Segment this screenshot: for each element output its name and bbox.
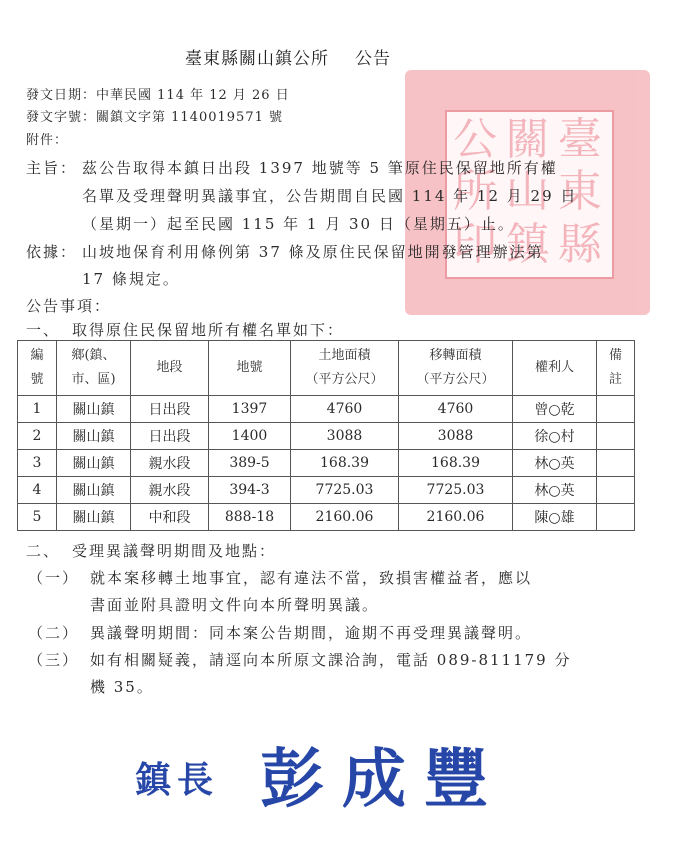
cell-transfer-area: 168.39 (399, 450, 513, 477)
cell-lot: 394-3 (209, 477, 291, 504)
cell-township: 關山鎮 (57, 450, 131, 477)
cell-lot: 389-5 (209, 450, 291, 477)
cell-remarks (597, 450, 635, 477)
issue-number-value: 關鎮文字第 1140019571 號 (96, 110, 283, 125)
subject-line-2: 名單及受理聲明異議事宜，公告期間自民國 114 年 12 月 29 日 (82, 185, 577, 206)
cell-land-area: 168.39 (291, 450, 399, 477)
cell-lot: 1397 (209, 396, 291, 423)
cell-township: 關山鎮 (57, 477, 131, 504)
col-header-section: 地段 (131, 341, 209, 396)
col-header-lot: 地號 (209, 341, 291, 396)
section-1-number: 一、 (26, 319, 60, 340)
cell-number: 3 (18, 450, 57, 477)
basis-line-1: 山坡地保育利用條例第 37 條及原住民保留地開發管理辦法第 (82, 241, 544, 262)
table-row: 2 關山鎮 日出段 1400 3088 3088 徐○村 (18, 423, 635, 450)
cell-section: 日出段 (131, 423, 209, 450)
org-name: 臺東縣關山鎮公所 (185, 49, 329, 69)
cell-remarks (597, 423, 635, 450)
issue-number-label: 發文字號： (26, 110, 96, 125)
signature-title: 鎮長 (135, 752, 219, 803)
page-title: 臺東縣關山鎮公所公告 (185, 44, 391, 69)
cell-remarks (597, 396, 635, 423)
cell-owner: 林○英 (513, 477, 597, 504)
cell-transfer-area: 7725.03 (399, 477, 513, 504)
cell-number: 2 (18, 423, 57, 450)
table-row: 3 關山鎮 親水段 389-5 168.39 168.39 林○英 (18, 450, 635, 477)
cell-section: 親水段 (131, 477, 209, 504)
subject-label: 主旨： (26, 157, 77, 178)
cell-section: 中和段 (131, 504, 209, 531)
cell-remarks (597, 477, 635, 504)
issue-date-value: 中華民國 114 年 12 月 26 日 (96, 88, 290, 103)
table-row: 5 關山鎮 中和段 888-18 2160.06 2160.06 陳○雄 (18, 504, 635, 531)
table-row: 1 關山鎮 日出段 1397 4760 4760 曾○乾 (18, 396, 635, 423)
cell-land-area: 2160.06 (291, 504, 399, 531)
table-header-row: 編號 鄉(鎮、市、區) 地段 地號 土地面積（平方公尺） 移轉面積（平方公尺） … (18, 341, 635, 396)
cell-number: 5 (18, 504, 57, 531)
col-header-land-area: 土地面積（平方公尺） (291, 341, 399, 396)
section-2-title: 受理異議聲明期間及地點： (72, 540, 276, 561)
cell-lot: 888-18 (209, 504, 291, 531)
subject-line-3: （星期一）起至民國 115 年 1 月 30 日（星期五）止。 (82, 213, 515, 234)
subject-line-1: 茲公告取得本鎮日出段 1397 地號等 5 筆原住民保留地所有權 (82, 157, 558, 178)
cell-land-area: 4760 (291, 396, 399, 423)
col-header-township: 鄉(鎮、市、區) (57, 341, 131, 396)
issue-date: 發文日期：中華民國 114 年 12 月 26 日 (26, 84, 290, 103)
items-heading: 公告事項： (26, 295, 111, 316)
basis-label: 依據： (26, 241, 77, 262)
cell-land-area: 3088 (291, 423, 399, 450)
item-3-line-1: 如有相關疑義，請逕向本所原文課洽詢，電話 089-811179 分 (90, 649, 572, 670)
section-2-number: 二、 (26, 540, 60, 561)
cell-owner: 林○英 (513, 450, 597, 477)
signature-name: 彭成豐 (260, 728, 506, 820)
item-3-line-2: 機 35。 (90, 676, 154, 697)
item-1-line-2: 書面並附具證明文件向本所聲明異議。 (90, 594, 379, 615)
issue-number: 發文字號：關鎮文字第 1140019571 號 (26, 106, 283, 125)
item-1-number: （一） (28, 567, 79, 588)
issue-date-label: 發文日期： (26, 88, 96, 103)
cell-transfer-area: 2160.06 (399, 504, 513, 531)
item-2-number: （二） (28, 622, 79, 643)
ownership-table: 編號 鄉(鎮、市、區) 地段 地號 土地面積（平方公尺） 移轉面積（平方公尺） … (17, 340, 635, 531)
cell-transfer-area: 3088 (399, 423, 513, 450)
col-header-owner: 權利人 (513, 341, 597, 396)
col-header-remarks: 備註 (597, 341, 635, 396)
attachment: 附件： (26, 129, 68, 148)
doc-type: 公告 (355, 49, 391, 69)
cell-owner: 陳○雄 (513, 504, 597, 531)
section-1-title: 取得原住民保留地所有權名單如下： (72, 319, 344, 340)
cell-township: 關山鎮 (57, 396, 131, 423)
cell-number: 4 (18, 477, 57, 504)
table-row: 4 關山鎮 親水段 394-3 7725.03 7725.03 林○英 (18, 477, 635, 504)
cell-section: 日出段 (131, 396, 209, 423)
cell-number: 1 (18, 396, 57, 423)
cell-remarks (597, 504, 635, 531)
cell-owner: 徐○村 (513, 423, 597, 450)
cell-transfer-area: 4760 (399, 396, 513, 423)
col-header-transfer-area: 移轉面積（平方公尺） (399, 341, 513, 396)
cell-lot: 1400 (209, 423, 291, 450)
cell-section: 親水段 (131, 450, 209, 477)
cell-owner: 曾○乾 (513, 396, 597, 423)
item-3-number: （三） (28, 649, 79, 670)
col-header-number: 編號 (18, 341, 57, 396)
cell-township: 關山鎮 (57, 423, 131, 450)
cell-land-area: 7725.03 (291, 477, 399, 504)
item-2-line-1: 異議聲明期間：同本案公告期間，逾期不再受理異議聲明。 (90, 622, 532, 643)
cell-township: 關山鎮 (57, 504, 131, 531)
basis-line-2: 17 條規定。 (82, 268, 180, 289)
item-1-line-1: 就本案移轉土地事宜，認有違法不當，致損害權益者，應以 (90, 567, 532, 588)
